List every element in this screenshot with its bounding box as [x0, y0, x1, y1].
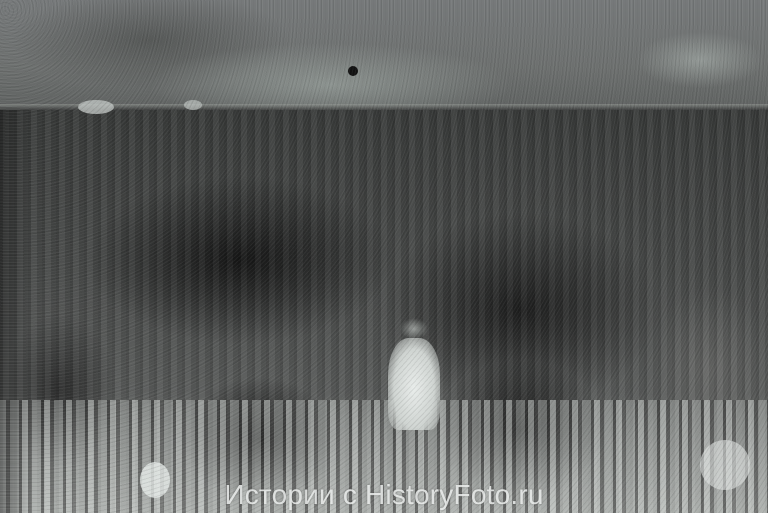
watermark: Истории с HistoryFoto.ru	[0, 479, 768, 511]
historical-photo: Истории с HistoryFoto.ru	[0, 0, 768, 513]
film-grain	[0, 0, 768, 513]
